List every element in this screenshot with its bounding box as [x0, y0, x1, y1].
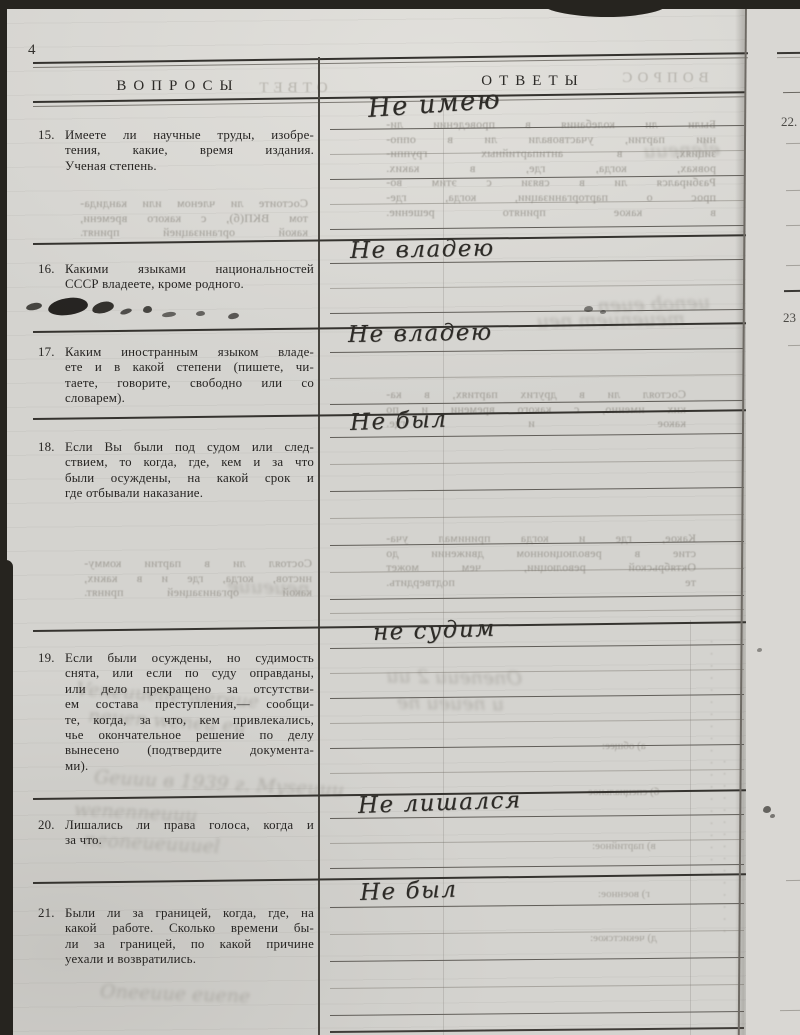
question-block: 15.Имеете ли научные труды, изобре-тения…: [38, 128, 314, 174]
question-number: 17.: [38, 345, 55, 360]
answer-rule-line: [330, 1027, 744, 1033]
bleed-print-line: стие в революционном движении до: [386, 546, 696, 561]
bleed-print-line: Состоял ли в партии комму-: [84, 556, 312, 571]
question-text-line: ли за границей, по какой причине: [65, 937, 314, 952]
answer-rule-line: [330, 595, 744, 600]
bleed-print-line: ровках, когда, где, в каких.: [386, 161, 716, 176]
bleed-print-line: Октябрьской революции, чем может: [386, 560, 696, 575]
bleed-through-label: в) партийное:: [592, 840, 656, 852]
bleed-handwriting-illegible: Oneneuu 2 uu: [342, 664, 522, 689]
bleed-print-line: Состоите ли членом или кандида-: [80, 196, 308, 211]
questions-column-header: ВОПРОСЫ: [40, 78, 316, 95]
question-block: 21.Были ли за границей, когда, где, нака…: [38, 906, 314, 968]
question-text-line: ем состава преступления,— сообщи-: [65, 697, 314, 712]
question-text: Если были осуждены, но судимостьснята, и…: [65, 651, 314, 774]
question-text: Каким иностранным языком владе-ете и в к…: [65, 345, 314, 407]
ink-blot: [91, 300, 115, 315]
next-page-line-stub: [786, 225, 800, 226]
bleed-handwriting-illegible: u neueu ne: [344, 691, 504, 716]
question-text: Были ли за границей, когда, где, накакой…: [65, 906, 314, 968]
scan-edge-left-lower: [0, 560, 13, 1035]
answer-rule-line: [330, 348, 744, 353]
question-text-line: какой работе. Сколько времени бы-: [65, 921, 314, 936]
question-block: 19.Если были осуждены, но судимостьснята…: [38, 651, 314, 774]
next-page-number: 22.: [781, 114, 797, 130]
question-text-line: те, когда, за что, кем привлекались,: [65, 713, 314, 728]
ink-blot: [120, 308, 133, 316]
answer-rule-line: [330, 719, 744, 724]
bleed-through-print: Какое, где и когда принимал уча-стие в р…: [386, 531, 696, 589]
bleed-through-print: Состоите ли членом или кандида-том ВКП(б…: [80, 196, 308, 240]
question-text-line: Были ли за границей, когда, где, на: [65, 906, 314, 921]
question-text-line: вынесено (подтвердите документа-: [65, 743, 314, 758]
next-page-line-stub: [788, 345, 800, 346]
ink-blot: [228, 312, 240, 319]
answer-rule-line: [330, 225, 744, 230]
ink-blot: [47, 296, 88, 316]
next-page-line-stub: [780, 1010, 800, 1011]
question-text: Какими языками национальностейСССР владе…: [65, 262, 314, 293]
question-number: 21.: [38, 906, 55, 921]
question-text-line: словарем).: [65, 391, 314, 406]
question-text-line: Какими языками национальностей: [65, 262, 314, 277]
question-text-line: были осуждены, на какой срок и: [65, 471, 314, 486]
next-page-line-stub: [777, 52, 800, 55]
question-text-line: ми).: [65, 759, 314, 774]
bleed-print-line: какой организацией принят.: [80, 225, 308, 240]
question-text: Если Вы были под судом или след-ствием, …: [65, 440, 314, 502]
next-page-line-stub: [784, 290, 800, 293]
answer-rule-line: [330, 1011, 744, 1016]
next-page-line-stub: [786, 143, 800, 144]
ink-blot: [143, 306, 152, 313]
answer-rule-line: [330, 769, 744, 774]
question-text: Имеете ли научные труды, изобре-тения, к…: [65, 128, 314, 174]
bleed-handwriting-illegible: uenob euen: [560, 291, 711, 318]
bleed-vertical-line: [690, 620, 691, 1035]
question-number: 16.: [38, 262, 55, 277]
answer-rule-line: [330, 839, 744, 844]
answer-rule-line: [330, 744, 744, 749]
bleed-print-line: Состоял ли в других партиях, в ка-: [386, 387, 686, 402]
bleed-vertical-text-illegible: · · · · · · · · · · · · · · ·: [719, 760, 730, 1030]
question-block: 18.Если Вы были под судом или след-ствие…: [38, 440, 314, 502]
answer-rule-line: [330, 864, 744, 869]
bleed-print-line: том ВКП(б), с какого времени,: [80, 211, 308, 226]
table-body: 15.Имеете ли научные труды, изобре-тения…: [0, 0, 800, 1035]
ink-blot: [26, 302, 43, 311]
question-number: 18.: [38, 440, 55, 455]
answer-handwritten: Не владею: [350, 235, 495, 264]
question-text-line: Если были осуждены, но судимость: [65, 651, 314, 666]
question-text-line: или дело прекращено за отсутстви-: [65, 682, 314, 697]
question-number: 19.: [38, 651, 55, 666]
question-text-line: Ученая степень.: [65, 159, 314, 174]
ink-blot: [196, 311, 205, 316]
bleed-print-line: в какое принято решение.: [386, 205, 716, 220]
question-text-line: ете и в какой степени (пишете, чи-: [65, 360, 314, 375]
answer-rule-line: [330, 374, 744, 379]
question-text-line: снята, или если по суду оправданы,: [65, 666, 314, 681]
bleed-through-label: д) чекистское:: [590, 932, 657, 944]
question-text-line: таете, говорите, свободно или со: [65, 376, 314, 391]
question-text-line: за что.: [65, 833, 314, 848]
question-text-line: Если Вы были под судом или след-: [65, 440, 314, 455]
question-number: 15.: [38, 128, 55, 143]
question-text-line: где отбывали наказание.: [65, 486, 314, 501]
answer-rule-line: [330, 984, 744, 989]
answer-rule-line: [330, 284, 744, 289]
question-text-line: Каким иностранным языком владе-: [65, 345, 314, 360]
page-number: 4: [28, 42, 36, 59]
bleed-through-label: г) военное:: [598, 888, 650, 900]
answer-rule-line: [330, 460, 744, 465]
answers-column-header: ОТВЕТЫ: [330, 73, 736, 90]
column-divider: [318, 57, 320, 1035]
question-text-line: ствием, то когда, где, кем и за что: [65, 455, 314, 470]
question-text-line: тения, какие, время издания.: [65, 143, 314, 158]
answer-rule-line: [330, 609, 744, 614]
answer-handwritten: Не владею: [348, 319, 493, 348]
answer-handwritten: не судим: [373, 616, 497, 646]
answer-rule-line: [330, 930, 744, 935]
answer-handwritten: Не был: [350, 407, 448, 436]
answer-rule-line: [330, 487, 744, 492]
question-text-line: Имеете ли научные труды, изобре-: [65, 128, 314, 143]
next-page-number: 23: [783, 310, 796, 326]
next-page-line-stub: [786, 190, 800, 191]
answer-rule-line: [330, 514, 744, 519]
bleed-vertical-text-illegible: · · · · · · · · · · · · · · · · · · · ·: [706, 640, 717, 970]
bleed-print-line: те подтвердить.: [386, 575, 696, 590]
next-page-line-stub: [783, 92, 800, 94]
next-page-line-stub: [786, 880, 800, 881]
answer-handwritten: Не лишался: [358, 787, 523, 819]
question-text-line: уехали и возвратились.: [65, 952, 314, 967]
question-block: 17.Каким иностранным языком владе-ете и …: [38, 345, 314, 407]
scanned-questionnaire-page: 4 ОТВЕТ ВОПРОС ВОПРОСЫ ОТВЕТЫ ↖ 15.Имеет…: [0, 0, 800, 1035]
question-text: Лишались ли права голоса, когда иза что.: [65, 818, 314, 849]
scan-edge-top: [0, 0, 800, 9]
answer-rule-line: [330, 957, 744, 962]
answer-handwritten: Не был: [360, 877, 458, 906]
question-block: 16.Какими языками национальностейСССР вл…: [38, 262, 314, 293]
question-text-line: чье окончательное решение по делу: [65, 728, 314, 743]
question-text-line: Лишались ли права голоса, когда и: [65, 818, 314, 833]
question-number: 20.: [38, 818, 55, 833]
bleed-handwriting-illegible: Oneeuue euene: [100, 980, 311, 1009]
next-page-line-stub: [786, 265, 800, 266]
question-text-line: СССР владеете, кроме родного.: [65, 277, 314, 292]
question-block: 20.Лишались ли права голоса, когда иза ч…: [38, 818, 314, 849]
ink-blot: [162, 311, 176, 317]
